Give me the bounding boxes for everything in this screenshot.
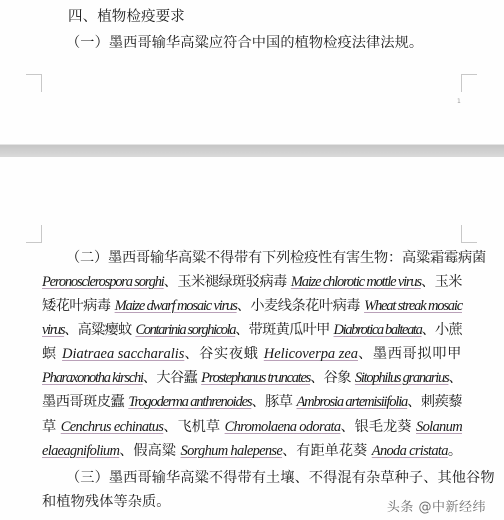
margin-corner-mark-right: [461, 225, 477, 243]
text-segment: 、墨西哥拟叩甲: [358, 346, 462, 362]
text-segment: 、带斑黄瓜叶甲: [235, 322, 333, 338]
text-segment: 、玉米: [421, 274, 462, 290]
section-heading: 四、植物检疫要求: [68, 8, 185, 26]
species-latin-name: Pharaxonotha kirschi: [42, 370, 143, 386]
text-segment: 、谷象: [310, 370, 355, 386]
text-segment: （二）墨西哥输华高粱不得带有下列检疫性有害生物：高粱霜霉病菌: [66, 250, 486, 266]
text-segment: 墨西哥斑皮蠹: [42, 394, 128, 410]
text-segment: 、银毛龙葵: [340, 419, 416, 435]
margin-corner-mark-left: [26, 74, 42, 92]
clause-2-line: Peronosclerospora sorghi、玉米褪绿斑驳病毒 Maize …: [42, 273, 462, 291]
species-latin-name: Sorghum halepense: [181, 443, 283, 459]
text-segment: 、: [448, 370, 462, 386]
text-segment: 、谷实夜蛾: [184, 346, 263, 362]
species-latin-name: Diabrotica balteata: [334, 322, 422, 338]
species-latin-name: Diatraea saccharalis: [62, 346, 184, 362]
text-segment: 、玉米褪绿斑驳病毒: [164, 274, 291, 290]
species-latin-name: virus: [42, 322, 64, 338]
species-latin-name: Helicoverpa zea: [264, 346, 358, 362]
species-latin-name: Contarinia sorghicola: [135, 322, 235, 338]
clause-3-line-1: （三）墨西哥输华高粱不得带有土壤、不得混有杂草种子、其他谷物: [66, 469, 495, 487]
source-watermark: 头条 @中新经纬: [387, 496, 486, 515]
text-segment: 草: [42, 419, 61, 435]
clause-2-line: 墨西哥斑皮蠹 Trogoderma anthrenoides、豚草 Ambros…: [42, 393, 462, 411]
species-latin-name: Wheat streak mosaic: [364, 298, 462, 314]
document-page-1: 四、植物检疫要求 （一）墨西哥输华高粱应符合中国的植物检疫法律法规。 1: [0, 0, 504, 144]
document-page-2: （二）墨西哥输华高粱不得带有下列检疫性有害生物：高粱霜霉病菌Peronoscle…: [0, 157, 504, 520]
clause-2-line: virus、高粱瘿蚊 Contarinia sorghicola、带斑黄瓜叶甲 …: [42, 321, 462, 339]
clause-2-line: elaeagnifolium、假高粱 Sorghum halepense、有距单…: [42, 442, 462, 460]
clause-2-line: 螟 Diatraea saccharalis、谷实夜蛾 Helicoverpa …: [42, 345, 462, 363]
text-segment: 、高粱瘿蚊: [64, 322, 135, 338]
text-segment: 、豚草: [251, 394, 296, 410]
clause-1: （一）墨西哥输华高粱应符合中国的植物检疫法律法规。: [66, 34, 423, 52]
clause-3-line-2: 和植物残体等杂质。: [42, 493, 171, 511]
clause-2-line: 矮花叶病毒 Maize dwarf mosaic virus、小麦线条花叶病毒 …: [42, 297, 462, 315]
clause-2-line: （二）墨西哥输华高粱不得带有下列检疫性有害生物：高粱霜霉病菌: [66, 249, 486, 267]
page-separator: [0, 144, 504, 157]
margin-corner-mark-right: [461, 74, 477, 92]
species-latin-name: Maize dwarf mosaic virus: [115, 298, 237, 314]
species-latin-name: Cenchrus echinatus: [61, 419, 164, 435]
text-segment: 。: [448, 443, 462, 459]
text-segment: 矮花叶病毒: [42, 298, 115, 314]
species-latin-name: Prostephanus truncates: [201, 370, 310, 386]
clause-2-line: 草 Cenchrus echinatus、飞机草 Chromolaena odo…: [42, 418, 462, 436]
species-latin-name: elaeagnifolium: [42, 443, 119, 459]
text-segment: 、刺蒺藜: [407, 394, 462, 410]
page-number: 1: [457, 98, 461, 105]
margin-corner-mark-left: [26, 225, 42, 243]
species-latin-name: Sitophilus granarius: [355, 370, 449, 386]
species-latin-name: Maize chlorotic mottle virus: [291, 274, 421, 290]
species-latin-name: Trogoderma anthrenoides: [128, 394, 251, 410]
species-latin-name: Anoda cristata: [372, 443, 448, 459]
text-segment: 、假高粱: [119, 443, 180, 459]
species-latin-name: Solanum: [416, 419, 462, 435]
species-latin-name: Peronosclerospora sorghi: [42, 274, 164, 290]
species-latin-name: Ambrosia artemisiifolia: [297, 394, 408, 410]
text-segment: 螟: [42, 346, 62, 362]
text-segment: 、小麦线条花叶病毒: [237, 298, 364, 314]
clause-2-line: Pharaxonotha kirschi、大谷蠹 Prostephanus tr…: [42, 369, 462, 387]
species-latin-name: Chromolaena odorata: [225, 419, 341, 435]
text-segment: 、小蔗: [421, 322, 462, 338]
text-segment: 、大谷蠹: [143, 370, 201, 386]
text-segment: 、有距单花葵: [282, 443, 372, 459]
text-segment: 、飞机草: [163, 419, 224, 435]
